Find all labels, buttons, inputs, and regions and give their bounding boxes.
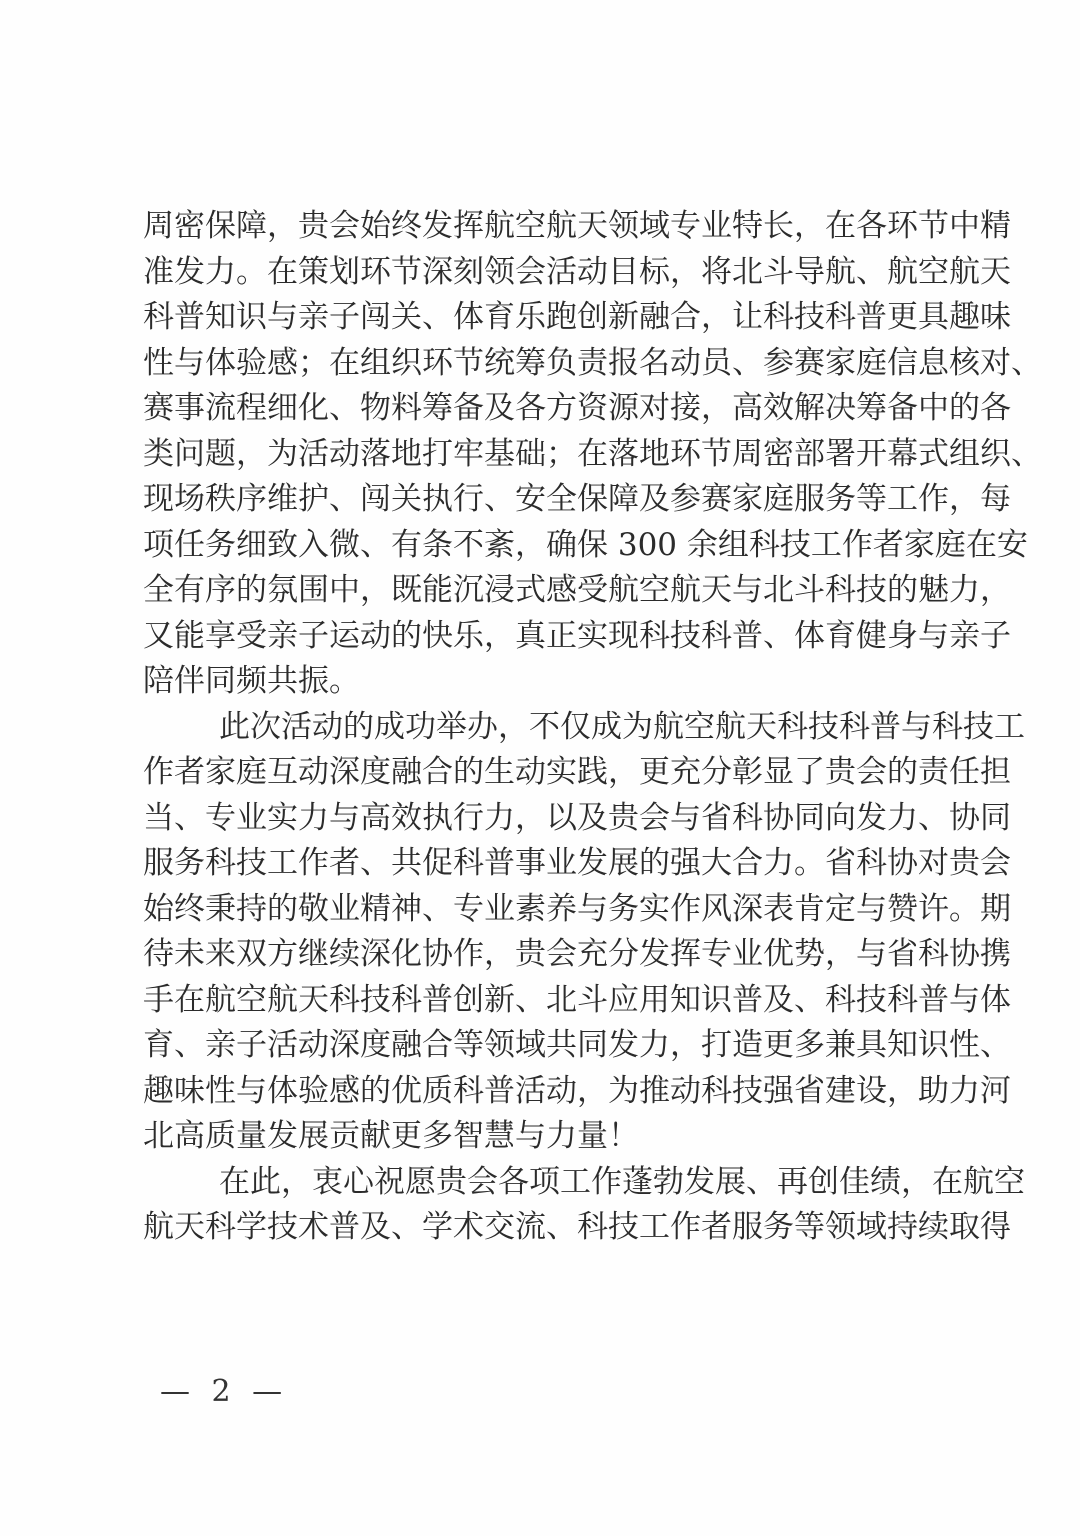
text-line: 项任务细致入微、有条不紊，确保 300 余组科技工作者家庭在安 [143,523,943,569]
text-line: 在此，衷心祝愿贵会各项工作蓬勃发展、再创佳绩，在航空 [143,1160,943,1206]
text-line: 趣味性与体验感的优质科普活动，为推动科技强省建设，助力河 [143,1069,943,1115]
text-line: 性与体验感；在组织环节统筹负责报名动员、参赛家庭信息核对、 [143,341,943,387]
text-line: 待未来双方继续深化协作，贵会充分发挥专业优势，与省科协携 [143,932,943,978]
text-line: 此次活动的成功举办，不仅成为航空航天科技科普与科技工 [143,705,943,751]
text-line: 始终秉持的敬业精神、专业素养与务实作风深表肯定与赞许。期 [143,887,943,933]
page-number: — 2 — [160,1372,288,1412]
body-text: 周密保障，贵会始终发挥航空航天领域专业特长，在各环节中精 准发力。在策划环节深刻… [143,204,943,1251]
text-line: 当、专业实力与高效执行力，以及贵会与省科协同向发力、协同 [143,796,943,842]
paragraph: 此次活动的成功举办，不仅成为航空航天科技科普与科技工 作者家庭互动深度融合的生动… [143,705,943,1160]
text-line: 又能享受亲子运动的快乐，真正实现科技科普、体育健身与亲子 [143,614,943,660]
paragraph: 在此，衷心祝愿贵会各项工作蓬勃发展、再创佳绩，在航空 航天科学技术普及、学术交流… [143,1160,943,1251]
text-line: 服务科技工作者、共促科普事业发展的强大合力。省科协对贵会 [143,841,943,887]
text-line: 陪伴同频共振。 [143,659,943,705]
text-line: 航天科学技术普及、学术交流、科技工作者服务等领域持续取得 [143,1205,943,1251]
text-line: 赛事流程细化、物料筹备及各方资源对接，高效解决筹备中的各 [143,386,943,432]
text-line: 现场秩序维护、闯关执行、安全保障及参赛家庭服务等工作，每 [143,477,943,523]
document-page: 周密保障，贵会始终发挥航空航天领域专业特长，在各环节中精 准发力。在策划环节深刻… [0,0,1080,1536]
text-line: 全有序的氛围中，既能沉浸式感受航空航天与北斗科技的魅力， [143,568,943,614]
text-line: 北高质量发展贡献更多智慧与力量！ [143,1114,943,1160]
paragraph: 周密保障，贵会始终发挥航空航天领域专业特长，在各环节中精 准发力。在策划环节深刻… [143,204,943,705]
text-line: 作者家庭互动深度融合的生动实践，更充分彰显了贵会的责任担 [143,750,943,796]
text-line: 周密保障，贵会始终发挥航空航天领域专业特长，在各环节中精 [143,204,943,250]
text-line: 育、亲子活动深度融合等领域共同发力，打造更多兼具知识性、 [143,1023,943,1069]
text-line: 手在航空航天科技科普创新、北斗应用知识普及、科技科普与体 [143,978,943,1024]
text-line: 类问题，为活动落地打牢基础；在落地环节周密部署开幕式组织、 [143,432,943,478]
text-line: 准发力。在策划环节深刻领会活动目标，将北斗导航、航空航天 [143,250,943,296]
text-line: 科普知识与亲子闯关、体育乐跑创新融合，让科技科普更具趣味 [143,295,943,341]
